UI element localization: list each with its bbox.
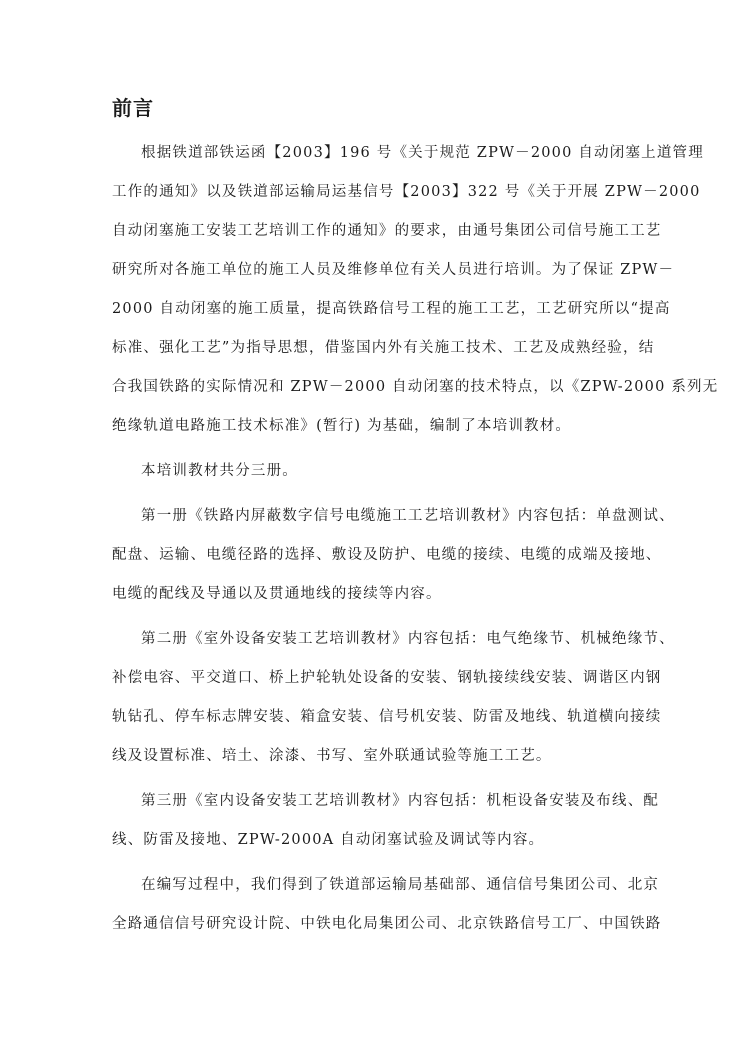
- text-line: 工作的通知》以及铁道部运输局运基信号【2003】322 号《关于开展 ZPW－2…: [112, 173, 634, 212]
- text-line: 标准、强化工艺”为指导思想，借鉴国内外有关施工技术、工艺及成熟经验，结: [112, 329, 634, 368]
- text-line: 在编写过程中，我们得到了铁道部运输局基础部、通信信号集团公司、北京: [112, 866, 634, 905]
- text-line: 第三册《室内设备安装工艺培训教材》内容包括：机柜设备安装及布线、配: [112, 782, 634, 821]
- paragraph-intro: 根据铁道部铁运函【2003】196 号《关于规范 ZPW－2000 自动闭塞上道…: [112, 134, 634, 446]
- text-line: 线、防雷及接地、ZPW-2000A 自动闭塞试验及调试等内容。: [112, 821, 634, 860]
- paragraph-volumes-count: 本培训教材共分三册。: [112, 452, 634, 491]
- text-line: 绝缘轨道电路施工技术标准》(暂行) 为基础，编制了本培训教材。: [112, 407, 634, 446]
- paragraph-volume-three: 第三册《室内设备安装工艺培训教材》内容包括：机柜设备安装及布线、配 线、防雷及接…: [112, 782, 634, 860]
- text-line: 全路通信信号研究设计院、中铁电化局集团公司、北京铁路信号工厂、中国铁路: [112, 905, 634, 944]
- text-line: 本培训教材共分三册。: [112, 452, 634, 491]
- text-line: 第一册《铁路内屏蔽数字信号电缆施工工艺培训教材》内容包括：单盘测试、: [112, 497, 634, 536]
- text-line: 补偿电容、平交道口、桥上护轮轨处设备的安装、钢轨接续线安装、调谐区内钢: [112, 659, 634, 698]
- text-line: 合我国铁路的实际情况和 ZPW－2000 自动闭塞的技术特点，以《ZPW-200…: [112, 368, 634, 407]
- text-line: 第二册《室外设备安装工艺培训教材》内容包括：电气绝缘节、机械绝缘节、: [112, 620, 634, 659]
- text-line: 根据铁道部铁运函【2003】196 号《关于规范 ZPW－2000 自动闭塞上道…: [112, 134, 634, 173]
- text-line: 电缆的配线及导通以及贯通地线的接续等内容。: [112, 575, 634, 614]
- page-title: 前言: [112, 94, 634, 122]
- text-line: 2000 自动闭塞的施工质量，提高铁路信号工程的施工工艺，工艺研究所以“提高: [112, 290, 634, 329]
- paragraph-volume-two: 第二册《室外设备安装工艺培训教材》内容包括：电气绝缘节、机械绝缘节、 补偿电容、…: [112, 620, 634, 776]
- paragraph-acknowledgements: 在编写过程中，我们得到了铁道部运输局基础部、通信信号集团公司、北京 全路通信信号…: [112, 866, 634, 944]
- text-line: 研究所对各施工单位的施工人员及维修单位有关人员进行培训。为了保证 ZPW－: [112, 251, 634, 290]
- text-line: 自动闭塞施工安装工艺培训工作的通知》的要求，由通号集团公司信号施工工艺: [112, 212, 634, 251]
- text-line: 轨钻孔、停车标志牌安装、箱盒安装、信号机安装、防雷及地线、轨道横向接续: [112, 698, 634, 737]
- text-line: 线及设置标准、培土、涂漆、书写、室外联通试验等施工工艺。: [112, 737, 634, 776]
- document-page: 前言 根据铁道部铁运函【2003】196 号《关于规范 ZPW－2000 自动闭…: [112, 94, 634, 950]
- paragraph-volume-one: 第一册《铁路内屏蔽数字信号电缆施工工艺培训教材》内容包括：单盘测试、 配盘、运输…: [112, 497, 634, 614]
- text-line: 配盘、运输、电缆径路的选择、敷设及防护、电缆的接续、电缆的成端及接地、: [112, 536, 634, 575]
